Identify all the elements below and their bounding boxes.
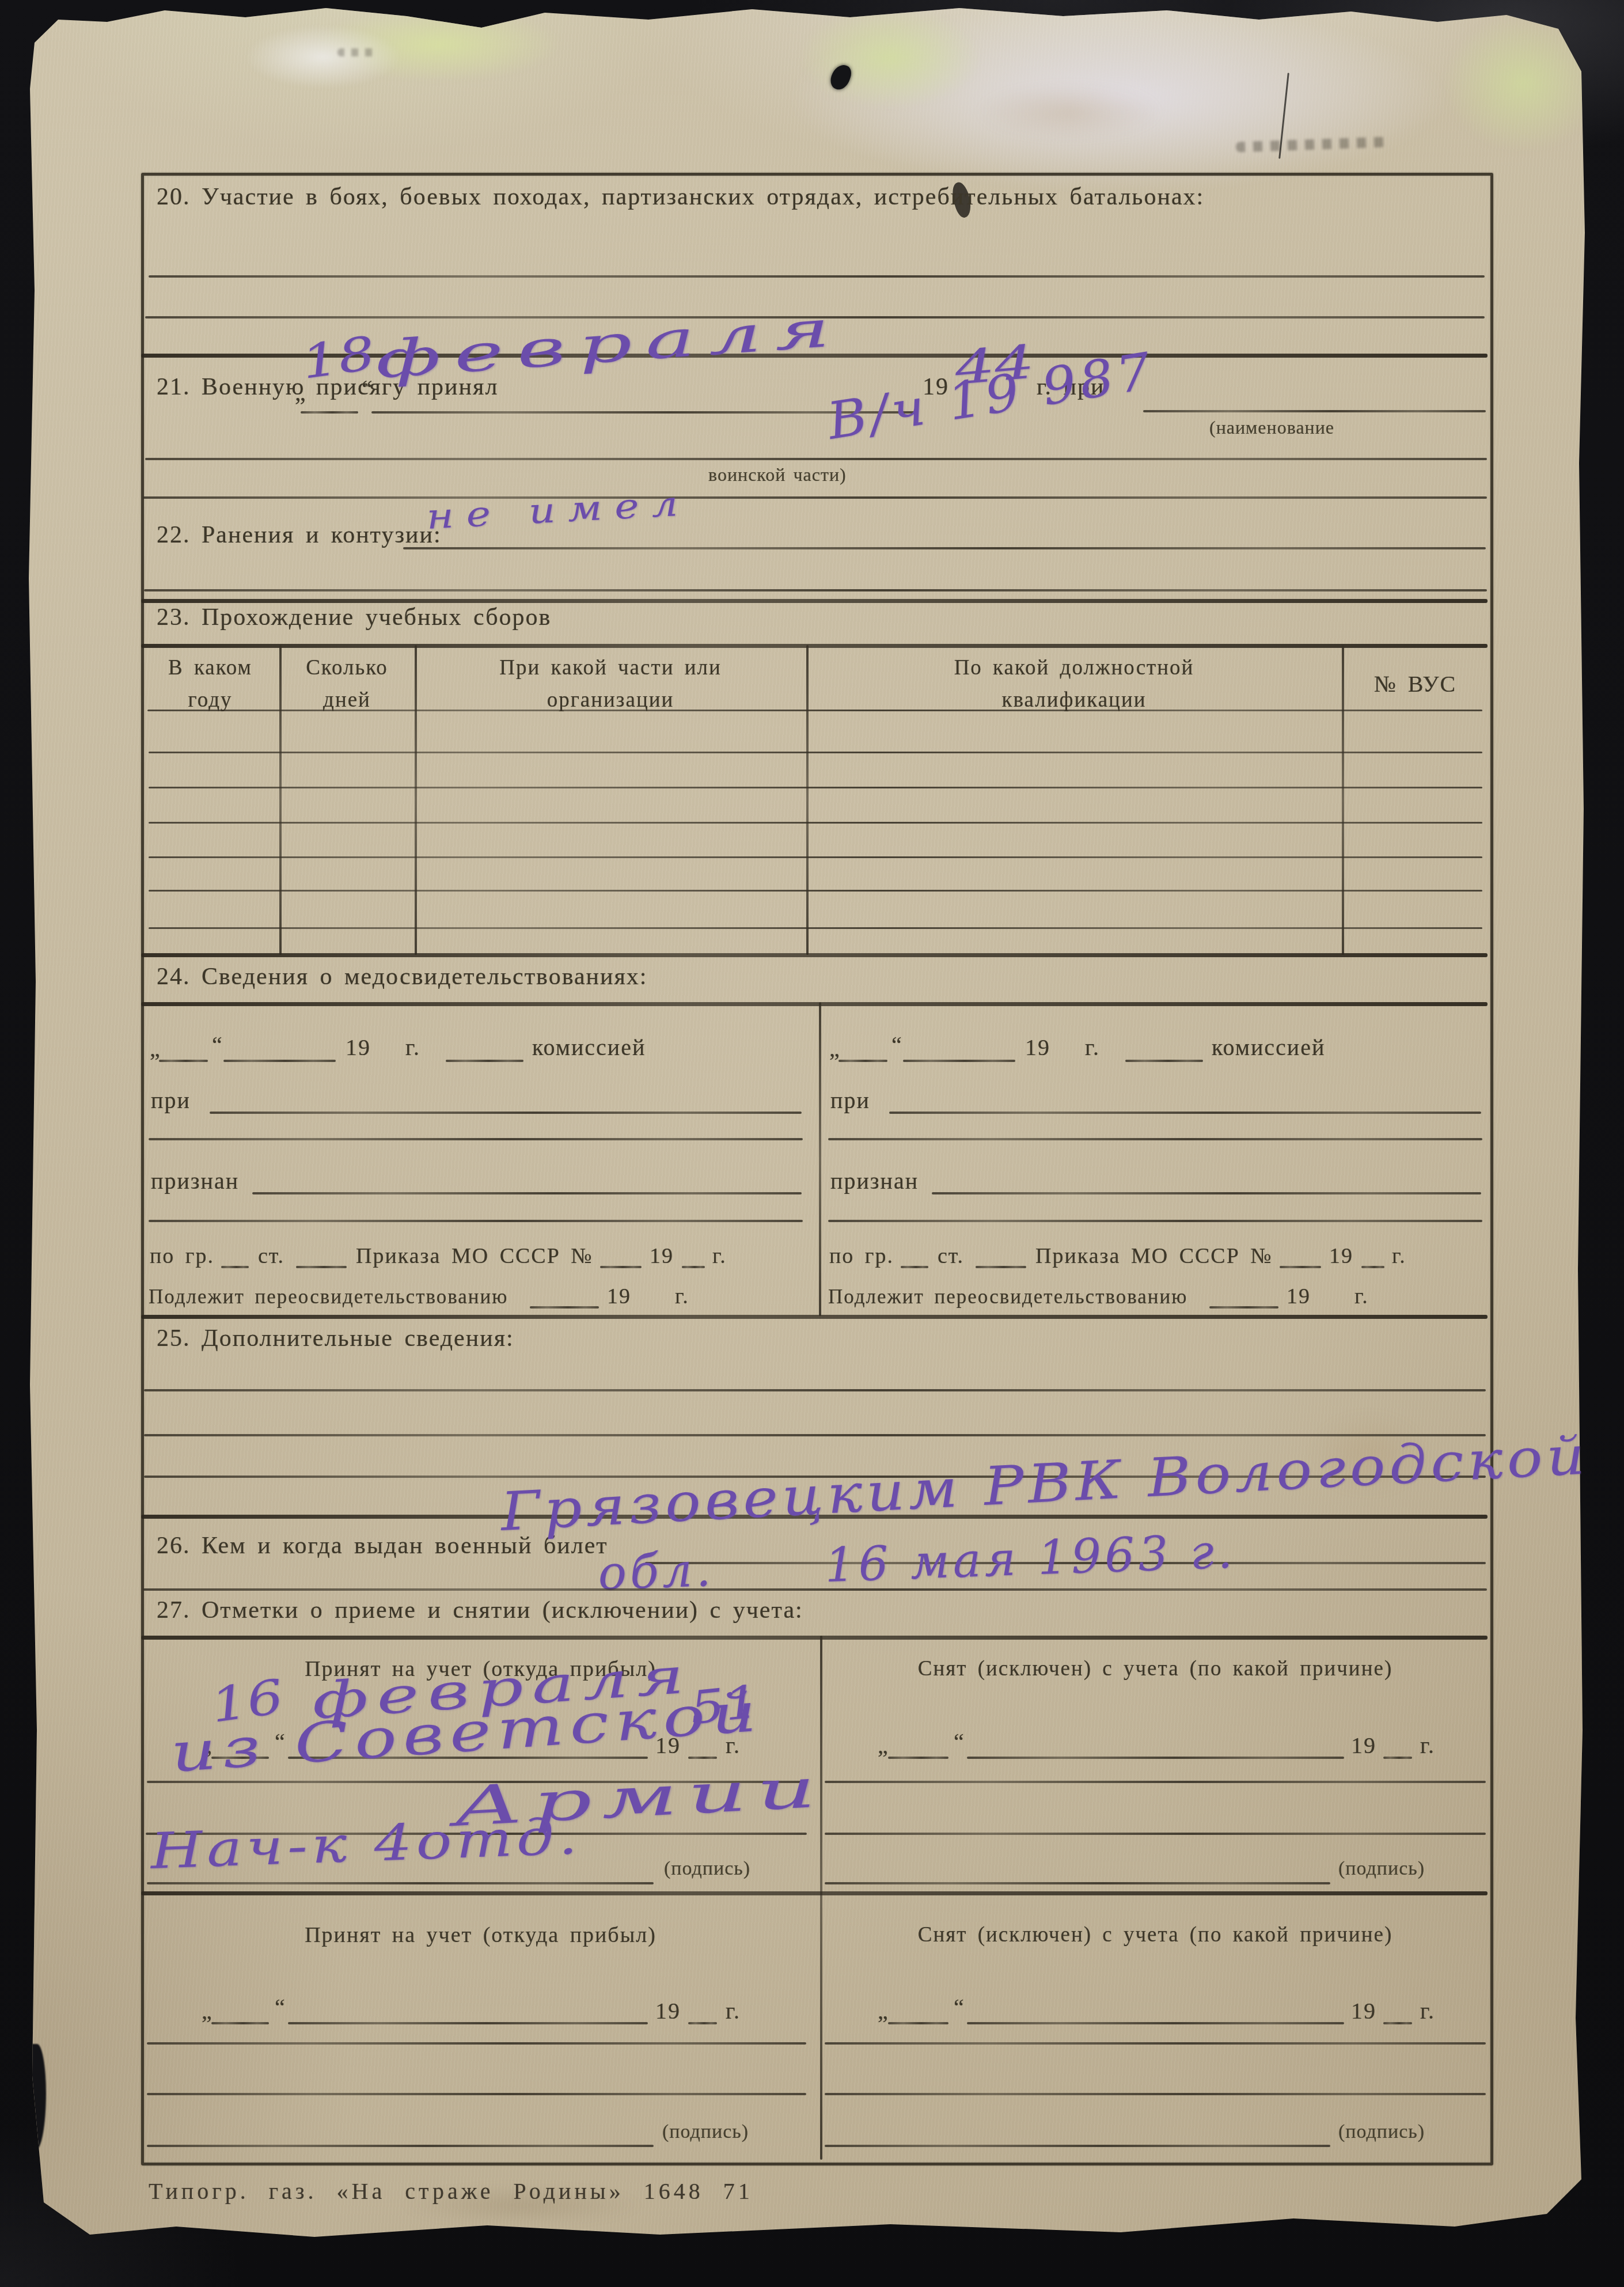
column-header-unit: При какой части или организации — [415, 652, 806, 716]
signature-hint: (подпись) — [664, 1857, 750, 1880]
blank-line — [221, 1266, 249, 1268]
section23-label: 23. Прохождение учебных сборов — [157, 604, 551, 631]
close-quote: “ — [362, 376, 374, 403]
close-quote: “ — [212, 1032, 223, 1059]
signature-hint: (подпись) — [1338, 2121, 1425, 2143]
table-row-line — [149, 856, 1482, 858]
signature-line — [825, 2145, 1330, 2147]
blank-line — [296, 1266, 347, 1268]
blank-line — [825, 2042, 1486, 2045]
table-header-underline — [147, 710, 1482, 711]
printed-year-prefix: 19 — [1287, 1284, 1311, 1310]
printed-year-prefix: 19 — [607, 1284, 631, 1310]
open-quote: „ — [878, 1998, 889, 2024]
blank-line — [1209, 1306, 1278, 1309]
section20-label: 20. Участие в боях, боевых походах, парт… — [157, 183, 1204, 211]
commission-label: комиссией — [532, 1034, 646, 1061]
handwriting-accept-signature: Нач-к 4отд. — [150, 1812, 582, 1876]
printed-year-suffix: г. — [1392, 1244, 1406, 1269]
form-layer: 20. Участие в боях, боевых походах, парт… — [0, 0, 1624, 2287]
blank-line — [600, 1266, 642, 1268]
blank-line — [143, 1588, 1487, 1591]
blank-line — [888, 1757, 948, 1759]
register-row1-accept-cell: Принят на учет (откуда прибыл) „ “ 19 г.… — [141, 1636, 820, 1891]
printed-year-suffix: г. — [726, 1998, 741, 2024]
table-column-divider — [806, 645, 809, 955]
blank-line — [144, 1389, 1486, 1391]
recognized-label: признан — [830, 1168, 919, 1194]
table-row-line — [149, 822, 1482, 824]
blank-line — [147, 2093, 806, 2095]
close-quote: “ — [275, 1994, 286, 2021]
blank-line — [825, 1781, 1486, 1783]
signature-line — [825, 1882, 1330, 1884]
open-quote: „ — [150, 1036, 161, 1062]
printed-year-prefix: 19 — [650, 1244, 674, 1269]
open-quote: „ — [878, 1732, 889, 1759]
signature-line — [147, 1882, 654, 1884]
close-quote: “ — [954, 1729, 965, 1755]
blank-line — [828, 1138, 1482, 1140]
blank-line — [967, 1757, 1344, 1759]
at-label: при — [151, 1087, 191, 1114]
column-header-days: Сколько дней — [279, 652, 415, 716]
printed-year-suffix: г. — [1420, 1998, 1435, 2024]
section22-label: 22. Ранения и контузии: — [157, 521, 442, 549]
blank-line — [825, 2093, 1486, 2095]
article-label: ст. — [938, 1244, 964, 1269]
signature-line — [147, 2145, 654, 2147]
register-row1-remove-cell: Снят (исключен) с учета (по какой причин… — [820, 1636, 1490, 1891]
section27-label: 27. Отметки о приеме и снятии (исключени… — [157, 1596, 803, 1624]
section25-label: 25. Дополнительные сведения: — [157, 1325, 514, 1352]
blank-line — [967, 2022, 1344, 2024]
printer-imprint: Типогр. газ. «На страже Родины» 1648 71 — [149, 2178, 753, 2205]
signature-hint: (подпись) — [662, 2121, 749, 2143]
signature-hint: (подпись) — [1338, 1857, 1425, 1880]
table-top-border — [141, 644, 1488, 648]
blank-line — [903, 1060, 1015, 1062]
printed-year-suffix: г. — [712, 1244, 727, 1269]
blank-line — [252, 1192, 802, 1194]
table-column-divider — [279, 645, 282, 955]
printed-year-prefix: 19 — [1351, 1732, 1376, 1759]
fill-line — [403, 547, 1486, 549]
blank-line — [888, 2022, 948, 2024]
blank-line — [210, 1112, 802, 1114]
printed-year-prefix: 19 — [346, 1034, 371, 1061]
accept-header: Принят на учет (откуда прибыл) — [141, 1919, 820, 1952]
table-column-divider — [415, 645, 417, 955]
printed-year-prefix: 19 — [655, 1998, 681, 2024]
blank-line — [825, 1833, 1486, 1835]
printed-year-suffix: г. — [1420, 1732, 1435, 1759]
table-row-line — [149, 752, 1482, 753]
blank-line — [1383, 2022, 1412, 2024]
blank-line — [1143, 410, 1486, 412]
blank-line — [446, 1060, 523, 1062]
blank-line — [838, 1060, 887, 1062]
table-column-divider — [1342, 645, 1344, 955]
reexam-label: Подлежит переосвидетельствованию — [149, 1285, 508, 1309]
blank-line — [682, 1266, 705, 1268]
column-header-vus: № ВУС — [1342, 667, 1489, 701]
commission-label: комиссией — [1212, 1034, 1325, 1061]
order-label: Приказа МО СССР № — [356, 1244, 593, 1269]
blank-line — [159, 1060, 208, 1062]
open-quote: „ — [202, 1998, 213, 2024]
column-header-qualification: По какой должностной квалификации — [806, 652, 1342, 716]
blank-line — [901, 1266, 928, 1268]
open-quote: „ — [829, 1036, 841, 1062]
section-divider — [141, 1315, 1488, 1319]
printed-year-prefix: 19 — [1025, 1034, 1050, 1061]
section-divider — [141, 599, 1488, 603]
printed-year-suffix: г. — [675, 1284, 689, 1310]
printed-year-suffix: г. — [1085, 1034, 1100, 1061]
by-group-label: по гр. — [150, 1244, 214, 1269]
blank-line — [149, 1138, 803, 1140]
by-group-label: по гр. — [829, 1244, 894, 1269]
scan-background: 20. Участие в боях, боевых походах, парт… — [0, 0, 1624, 2287]
blank-line — [688, 2022, 717, 2024]
blank-line — [301, 411, 358, 414]
column-header-year: В каком году — [141, 652, 279, 716]
table-row-line — [149, 890, 1482, 892]
printed-year-prefix: 19 — [1351, 1998, 1376, 2024]
medical-entry-left: „ “ 19 г. комиссией при признан по гр. с… — [145, 1002, 807, 1316]
blank-line — [145, 458, 1487, 460]
order-label: Приказа МО СССР № — [1035, 1244, 1273, 1269]
remove-header: Снят (исключен) с учета (по какой причин… — [820, 1919, 1490, 1951]
blank-line — [149, 275, 1485, 278]
blank-line — [144, 589, 1487, 591]
close-quote: “ — [954, 1994, 965, 2021]
blank-line — [1125, 1060, 1203, 1062]
register-row2-accept-cell: Принят на учет (откуда прибыл) „ “ 19 г.… — [141, 1891, 820, 2160]
blank-line — [688, 1757, 717, 1759]
blank-line — [211, 2022, 269, 2024]
blank-line — [223, 1060, 336, 1062]
table-row-line — [149, 787, 1482, 788]
hint-unit-name-bottom: воинской части) — [708, 464, 847, 486]
printed-year-suffix: г. — [405, 1034, 420, 1061]
table-bottom-border — [141, 953, 1488, 957]
blank-line — [144, 1434, 1486, 1436]
recognized-label: признан — [151, 1168, 239, 1194]
blank-line — [149, 1220, 803, 1222]
article-label: ст. — [258, 1244, 284, 1269]
blank-line — [1383, 1757, 1412, 1759]
close-quote: “ — [891, 1032, 903, 1059]
blank-line — [288, 2022, 648, 2024]
blank-line — [143, 496, 1487, 499]
medical-entry-right: „ “ 19 г. комиссией при признан по гр. с… — [825, 1002, 1487, 1316]
blank-line — [1280, 1266, 1321, 1268]
at-label: при — [830, 1087, 870, 1114]
blank-line — [889, 1112, 1481, 1114]
remove-header: Снят (исключен) с учета (по какой причин… — [820, 1653, 1490, 1685]
register-row2-remove-cell: Снят (исключен) с учета (по какой причин… — [820, 1891, 1490, 2160]
medical-column-divider — [819, 1002, 821, 1316]
table-row-line — [149, 927, 1482, 929]
blank-line — [976, 1266, 1026, 1268]
printed-year-prefix: 19 — [1329, 1244, 1353, 1269]
hint-unit-name-top: (наименование — [1209, 417, 1334, 438]
printed-year-suffix: г. — [1354, 1284, 1369, 1310]
section24-label: 24. Сведения о медосвидетельствованиях: — [157, 963, 648, 991]
reexam-label: Подлежит переосвидетельствованию — [828, 1285, 1187, 1309]
blank-line — [932, 1192, 1481, 1194]
blank-line — [530, 1306, 599, 1309]
blank-line — [828, 1220, 1482, 1222]
blank-line — [147, 2042, 806, 2045]
blank-line — [1361, 1266, 1384, 1268]
